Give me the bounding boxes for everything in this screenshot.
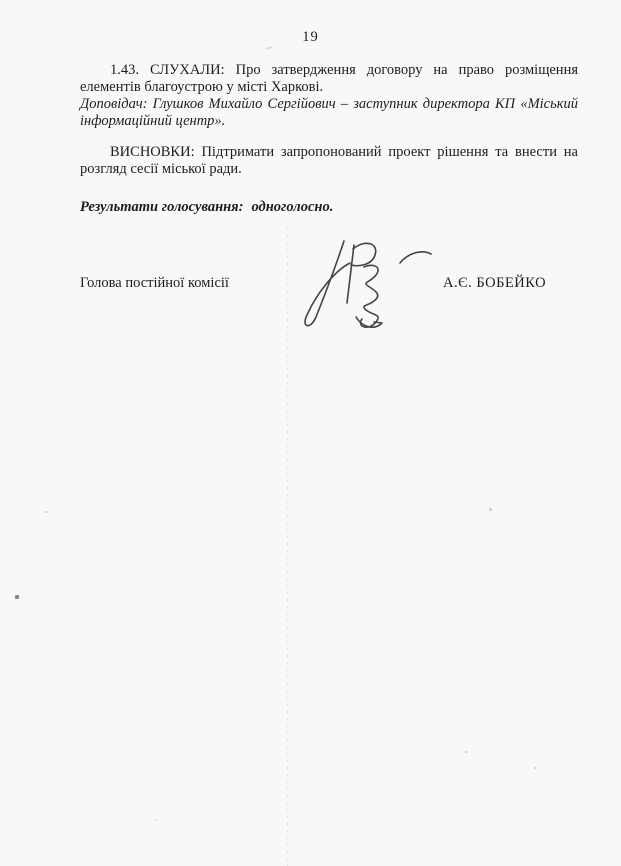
handwritten-signature: [296, 231, 438, 339]
scan-speck: [266, 46, 272, 49]
page-number: 19: [0, 29, 621, 46]
signature-stroke-bump: [351, 243, 376, 265]
signature-stroke-zigzag: [360, 265, 378, 327]
vote-results-label: Результати голосування:: [80, 199, 243, 215]
slukhaly-line-1: 1.43. СЛУХАЛИ: Про затвердження договору…: [80, 62, 578, 79]
signatory-role: Голова постійної комісії: [80, 275, 229, 292]
paragraph-vysnovky: ВИСНОВКИ: Підтримати запропонований прое…: [80, 144, 578, 178]
paragraph-dopovidach: Доповідач: Глушков Михайло Сергійович – …: [80, 96, 578, 130]
scan-speck: [45, 511, 48, 513]
vysnovky-line-2: розгляд сесії міської ради.: [80, 161, 578, 178]
scan-speck: [15, 595, 19, 599]
scan-fold-line: [287, 228, 288, 866]
signatory-name: А.Є. БОБЕЙКО: [443, 275, 546, 292]
signature-stroke-dash: [400, 252, 431, 263]
signature-stroke-loop: [305, 241, 350, 326]
scan-speck: [155, 819, 157, 821]
paragraph-slukhaly: 1.43. СЛУХАЛИ: Про затвердження договору…: [80, 62, 578, 96]
document-body: 1.43. СЛУХАЛИ: Про затвердження договору…: [80, 62, 578, 216]
scan-speck: [489, 508, 492, 511]
vote-results-value: одноголосно.: [251, 199, 333, 215]
scan-speck: [465, 751, 468, 753]
dopovidach-line-2: інформаційний центр».: [80, 113, 578, 130]
scan-speck: [534, 767, 537, 769]
dopovidach-line-1: Доповідач: Глушков Михайло Сергійович – …: [80, 96, 578, 113]
document-page: 19 1.43. СЛУХАЛИ: Про затвердження догов…: [0, 0, 621, 866]
vote-results-line: Результати голосування:одноголосно.: [80, 199, 578, 216]
signature-stroke-stem: [347, 245, 354, 303]
slukhaly-line-2: елементів благоустрою у місті Харкові.: [80, 79, 578, 96]
vysnovky-line-1: ВИСНОВКИ: Підтримати запропонований прое…: [80, 144, 578, 161]
